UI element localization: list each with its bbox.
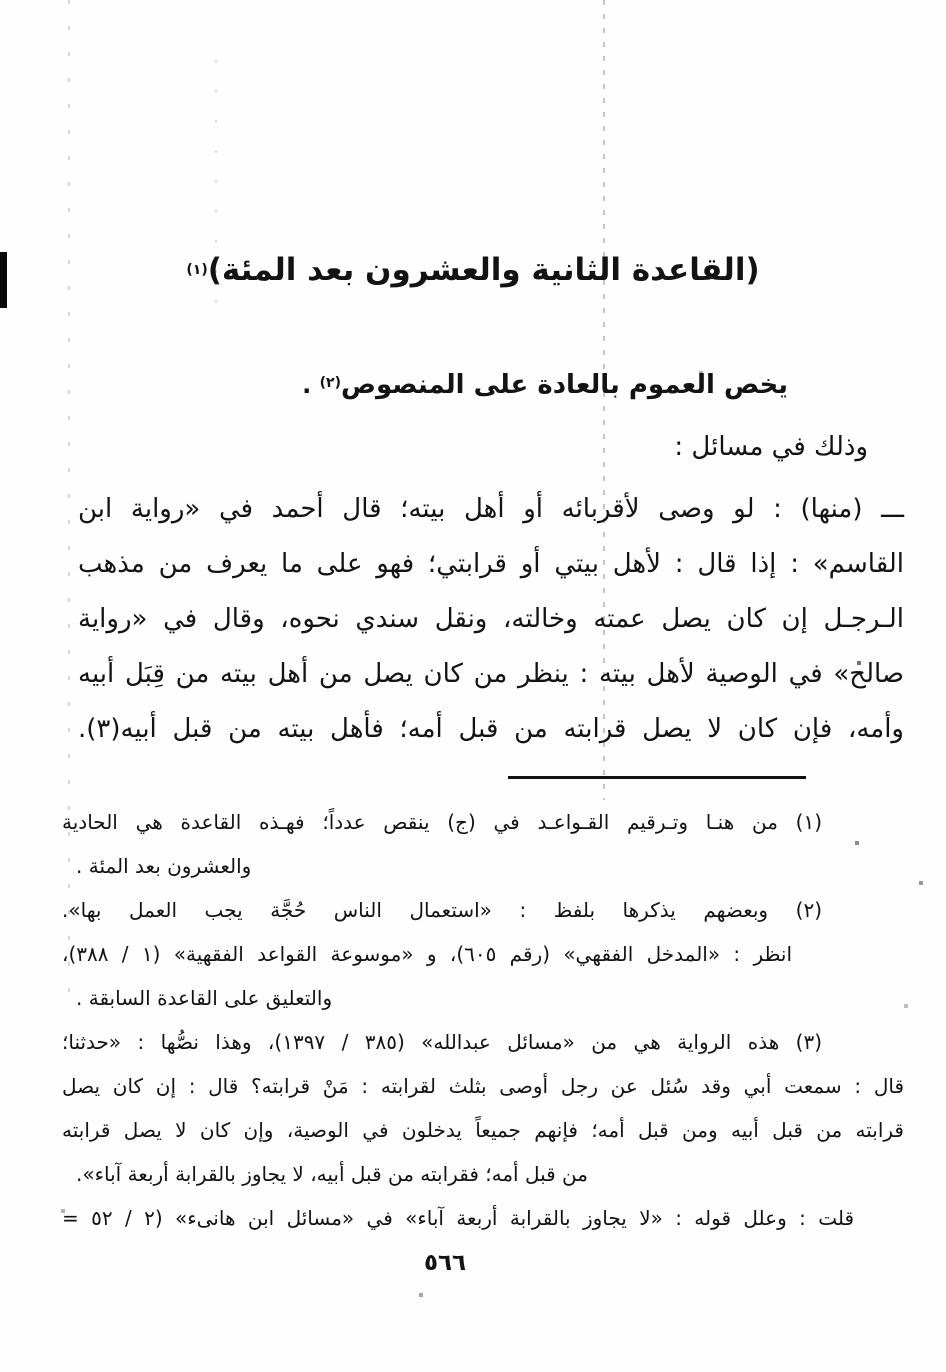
footnote-1-line: (١) من هنـا وتـرقيم القـواعـد في (ج) ينق… [62, 800, 904, 844]
rule-statement-punctuation: . [302, 371, 319, 399]
body-paragraph: ـــ (منها) : لو وصى لأقربائه أو أهل بيته… [78, 482, 904, 757]
footnote-marker-2: (٢) [320, 375, 341, 391]
footnote-2-line: انظر : «المدخل الفقهي» (رقم ٦٠٥)، و «موس… [62, 932, 904, 976]
scan-artifact-specks [0, 0, 2, 2]
footnotes-section: (١) من هنـا وتـرقيم القـواعـد في (ج) ينق… [62, 800, 904, 1240]
footnote-marker-1: (١) [186, 262, 207, 278]
footnote-3-line: قرابته من قبل أبيه ومن قبل أمه؛ فإنهم جم… [62, 1108, 904, 1152]
footnote-3-line: (٣) هذه الرواية هي من «مسائل عبدالله» (٣… [62, 1020, 904, 1064]
rule-statement: يخص العموم بالعادة على المنصوص(٢) . [302, 370, 788, 400]
footnote-2-line: والتعليق على القاعدة السابقة . [62, 976, 904, 1020]
footnote-3-line: قلت : وعلل قوله : «لا يجاوز بالقرابة أرب… [62, 1196, 904, 1240]
footnote-separator-line [508, 776, 806, 779]
body-line: صالح» في الوصية لأهل بيته : ينظر من كان … [78, 647, 904, 702]
body-line: القاسم» : إذا قال : لأهل بيتي أو قرابتي؛… [78, 537, 904, 592]
chapter-title: (القاعدة الثانية والعشرون بعد المئة)(١) [0, 252, 946, 288]
rule-statement-text: يخص العموم بالعادة على المنصوص [341, 370, 788, 400]
footnote-1-line: والعشرون بعد المئة . [62, 844, 904, 888]
footnote-2-line: (٢) وبعضهم يذكرها بلفظ : «استعمال الناس … [62, 888, 904, 932]
chapter-title-text: (القاعدة الثانية والعشرون بعد المئة) [208, 252, 760, 288]
body-line: ـــ (منها) : لو وصى لأقربائه أو أهل بيته… [78, 482, 904, 537]
body-line: الـرجـل إن كان يصل عمته وخالته، ونقل سند… [78, 592, 904, 647]
page-number: ٥٦٦ [395, 1250, 495, 1276]
footnote-3-line: من قبل أمه؛ فقرابته من قبل أبيه، لا يجاو… [62, 1152, 904, 1196]
footnote-3-line: قال : سمعت أبي وقد سُئل عن رجل أوصى بثلث… [62, 1064, 904, 1108]
body-line: وأمه، فإن كان لا يصل قرابته من قبل أمه؛ … [78, 702, 904, 757]
section-lead: وذلك في مسائل : [674, 432, 868, 462]
